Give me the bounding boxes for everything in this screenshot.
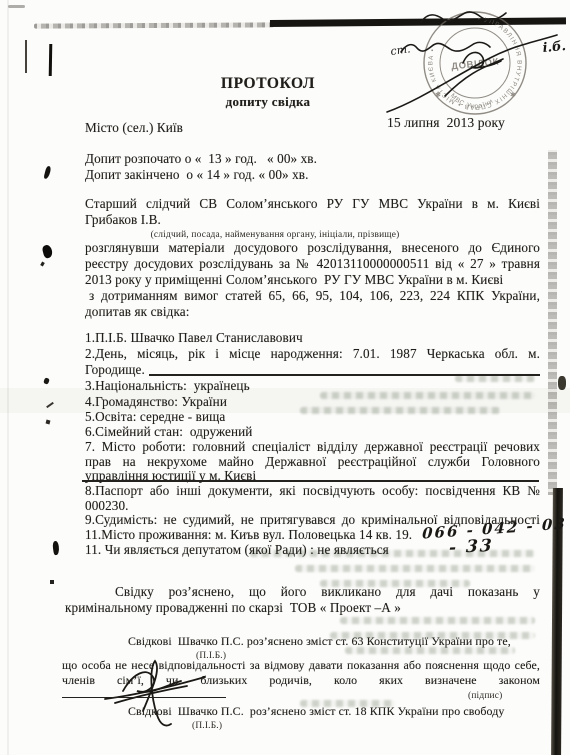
witness-field-passport-2: 000230.	[85, 498, 129, 513]
witness-field-work-2: прав на некрухоме майно Державної реєстр…	[85, 454, 540, 469]
legal-art18-caption: (П.І.Б.)	[192, 719, 222, 734]
witness-field-marital: 6.Сімейний стан: одружений	[85, 424, 252, 439]
bleedthrough-line	[300, 407, 500, 414]
notice-line-2: кримінальному провадженні по скарзі ТОВ …	[65, 600, 401, 615]
scan-dash-top-left	[8, 5, 25, 8]
margin-squiggle	[52, 541, 60, 556]
bleedthrough-line	[295, 565, 535, 572]
intro-line-3: 2013 року у приміщенні Солом’янського РУ…	[85, 272, 503, 287]
right-edge-blob	[558, 376, 566, 390]
right-edge-streak	[548, 150, 557, 495]
city-line: Місто (сел.) Київ	[85, 120, 183, 135]
notice-line-1: Свідку роз’яснено, що його викликано для…	[115, 584, 540, 599]
handwritten-phone-2: - 33	[449, 536, 495, 558]
signature-line	[62, 697, 226, 698]
stamp-note-st: ст.	[390, 42, 412, 58]
intro-line-5: допитав як свідка:	[85, 304, 189, 319]
signature-caption: (підпис)	[468, 689, 502, 704]
margin-comma-mark	[44, 166, 52, 180]
witness-field-passport-1: 8.Паспорт або інші документи, які посвід…	[85, 483, 540, 498]
bleedthrough-line	[340, 617, 535, 624]
witness-field-birth: 2.День, місяць, рік і місце народження: …	[85, 346, 540, 361]
line-interrogation-started: Допит розпочато о « 13 » год. « 00» хв.	[85, 151, 317, 166]
stamp-star-right: ✱	[510, 91, 516, 99]
witness-field-deputy: 11. Чи являється депутатом (якої Ради) :…	[85, 542, 389, 557]
bleedthrough-line	[455, 375, 535, 382]
margin-speck-1	[40, 262, 45, 267]
official-stamp: • УПРАВЛІННЯ ВНУТРІШНІХ СПРАВ • МІСТА КИ…	[383, 0, 570, 132]
investigator-line-2: Грибаков І.В.	[85, 212, 161, 227]
scan-vertical-mark-1	[25, 40, 27, 73]
investigator-line-1: Старший слідчий СВ Солом’янського РУ ГУ …	[85, 196, 540, 211]
date-line: 15 липня 2013 року	[387, 115, 505, 130]
bleedthrough-line	[345, 647, 515, 654]
intro-line-1: розглянувши матеріали досудового розслід…	[85, 240, 540, 255]
scan-vertical-mark-2	[49, 44, 53, 76]
witness-field-education: 5.Освіта: середне - вища	[85, 409, 225, 424]
witness-field-citizenship: 4.Громадянство: України	[85, 394, 227, 409]
scanned-protocol-page: • УПРАВЛІННЯ ВНУТРІШНІХ СПРАВ • МІСТА КИ…	[0, 0, 570, 755]
stamp-note-initials: і.б.	[542, 39, 567, 56]
bleedthrough-line	[320, 392, 535, 399]
witness-field-residence: 11.Місто проживання: м. Киъв вул. Полове…	[85, 527, 412, 542]
legal-art18-line: Свідкові Швачко П.С. роз’яснено зміст ст…	[128, 704, 504, 718]
intro-line-4: з дотриманням вимог статей 65, 66, 95, 1…	[85, 288, 540, 303]
line-interrogation-ended: Допит закінчено о « 14 » год. « 00» хв.	[85, 167, 309, 182]
witness-field-birth-2: Городище.	[85, 362, 145, 377]
witness-field-nationality: 3.Національність: українець	[85, 378, 250, 393]
margin-speck-2	[43, 377, 50, 384]
field-underline	[149, 374, 540, 376]
intro-line-2: реєстру досудових розслідувань за № 4201…	[85, 256, 540, 271]
field-underline	[82, 480, 539, 482]
margin-ink-blob	[41, 244, 53, 259]
document-title: ПРОТОКОЛ	[88, 76, 448, 91]
paper-left-edge	[7, 0, 9, 755]
margin-speck-3	[46, 420, 51, 425]
witness-field-work-1: 7. Місто роботи: головний спеціаліст від…	[85, 439, 540, 454]
document-subtitle: допиту свідка	[88, 94, 448, 109]
witness-field-name: 1.П.І.Б. Швачко Павел Станиславович	[85, 330, 303, 345]
scan-band-light	[34, 22, 274, 28]
margin-speck-4	[50, 580, 54, 584]
